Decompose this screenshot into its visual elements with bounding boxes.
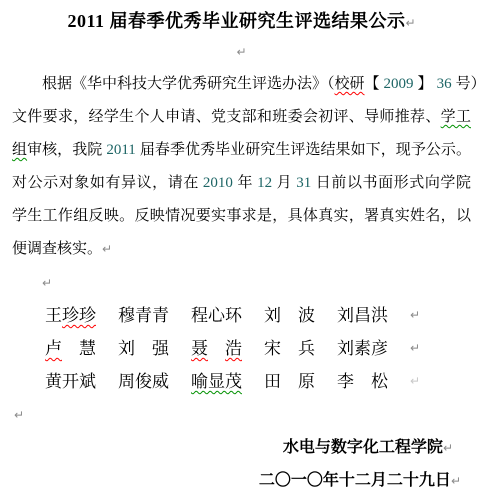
student-name: 王珍珍 (45, 299, 96, 332)
student-name: 穆青青 (118, 299, 169, 332)
student-name: 黄开斌 (45, 365, 96, 398)
student-name: 周俊威 (118, 365, 169, 398)
student-name: 刘 强 (118, 332, 169, 365)
text-run: 届春季优秀毕业研究生评选结果如下，现予公示。 (140, 142, 471, 158)
text-run: 穆青青 (118, 306, 169, 325)
body-line: 组审核，我院2011届春季优秀毕业研究生评选结果如下，现予公示。 (12, 134, 471, 167)
paragraph-mark-icon: ↵ (443, 441, 453, 455)
text-run: 对公示对象如有异议，请在 (12, 175, 199, 191)
paragraph-mark-icon: ↵ (405, 16, 415, 30)
student-name: 刘昌洪 (337, 299, 388, 332)
text-run: 36 (437, 76, 452, 92)
document-title-line: 2011 届春季优秀毕业研究生评选结果公示↵ (12, 8, 471, 36)
paragraph-mark-icon: ↵ (236, 45, 246, 59)
text-run (208, 339, 225, 358)
body-line: 文件要求，经学生个人申请、党支部和班委会初评、导师推荐、学工 (12, 101, 471, 134)
student-name: 喻显茂 (191, 365, 242, 398)
empty-paragraph: ↵ (12, 36, 471, 68)
document-page: 2011 届春季优秀毕业研究生评选结果公示↵ ↵ 根据《华中科技大学优秀研究生评… (0, 0, 483, 495)
student-name: 宋 兵 (264, 332, 315, 365)
text-run: 慧 (62, 339, 96, 358)
body-line: 便调查核实。↵ (12, 233, 471, 266)
text-run: 校研 (335, 76, 365, 92)
student-name: 卢 慧 (45, 332, 96, 365)
text-run: 2009 (384, 76, 414, 92)
signature-text: 水电与数字化工程学院 (283, 439, 443, 456)
text-run: 喻显茂 (191, 372, 242, 391)
text-run: 卢 (45, 339, 62, 358)
text-run: 学工 (441, 109, 471, 125)
text-run: 2011 (106, 142, 135, 158)
text-run: 刘素彦 (337, 339, 388, 358)
text-run: 根据《华中科技大学优秀研究生评选办法》（ (12, 76, 335, 92)
text-run: 日前以书面形式向学院 (315, 175, 471, 191)
text-run: 王 (45, 306, 62, 325)
name-row: 卢 慧刘 强聂 浩宋 兵刘素彦↵ (45, 332, 471, 365)
text-run: 李 松 (337, 372, 388, 391)
text-run: 程心环 (191, 306, 242, 325)
signature-line: 水电与数字化工程学院↵ (12, 431, 471, 464)
empty-paragraph: ↵ (12, 266, 471, 299)
body-line: 学生工作组反映。反映情况要实事求是，具体真实，署真实姓名，以 (12, 200, 471, 233)
text-run: 【 (365, 76, 380, 92)
text-run: 刘 强 (118, 339, 169, 358)
paragraph-mark-icon: ↵ (410, 365, 420, 398)
text-run: 月 (276, 175, 292, 191)
text-run: 聂 (191, 339, 208, 358)
date-text: 二〇一〇年十二月二十九日 (259, 472, 451, 489)
text-run: 黄开斌 (45, 372, 96, 391)
paragraph-mark-icon: ↵ (410, 332, 420, 365)
document-title: 2011 届春季优秀毕业研究生评选结果公示 (67, 11, 405, 31)
text-run: 便调查核实。 (12, 241, 102, 257)
text-run: 珍珍 (62, 306, 96, 325)
text-run: 浩 (225, 339, 242, 358)
student-name: 聂 浩 (191, 332, 242, 365)
text-run: 刘昌洪 (337, 306, 388, 325)
text-run: 号） (456, 76, 483, 92)
paragraph-mark-icon: ↵ (102, 242, 112, 256)
name-row: 黄开斌周俊威喻显茂田 原李 松↵ (45, 365, 471, 398)
body-line: 根据《华中科技大学优秀研究生评选办法》（校研【2009】36号） (12, 68, 471, 101)
student-name: 田 原 (264, 365, 315, 398)
text-run: 31 (296, 175, 311, 191)
text-run: 年 (237, 175, 253, 191)
date-line: 二〇一〇年十二月二十九日↵ (12, 464, 471, 495)
paragraph-mark-icon: ↵ (410, 299, 420, 332)
text-run: 刘 波 (264, 306, 315, 325)
student-name: 李 松 (337, 365, 388, 398)
name-row: 王珍珍穆青青程心环刘 波刘昌洪↵ (45, 299, 471, 332)
student-name: 程心环 (191, 299, 242, 332)
text-run: 文件要求，经学生个人申请、党支部和班委会初评、导师推荐、 (12, 109, 441, 125)
paragraph-mark-icon: ↵ (451, 474, 461, 488)
body-line: 对公示对象如有异议，请在2010年12月31日前以书面形式向学院 (12, 167, 471, 200)
text-run: 周俊威 (118, 372, 169, 391)
paragraph-mark-icon: ↵ (42, 276, 52, 290)
empty-paragraph: ↵ (12, 398, 471, 431)
text-run: 】 (418, 76, 433, 92)
text-run: 学生工作组反映。反映情况要实事求是，具体真实，署真实姓名，以 (12, 208, 471, 224)
student-name: 刘素彦 (337, 332, 388, 365)
student-name: 刘 波 (264, 299, 315, 332)
text-run: 2010 (203, 175, 233, 191)
text-run: 宋 兵 (264, 339, 315, 358)
body-paragraph: 根据《华中科技大学优秀研究生评选办法》（校研【2009】36号）文件要求，经学生… (12, 68, 471, 266)
paragraph-mark-icon: ↵ (14, 408, 24, 422)
text-run: 12 (257, 175, 272, 191)
name-list: 王珍珍穆青青程心环刘 波刘昌洪↵卢 慧刘 强聂 浩宋 兵刘素彦↵黄开斌周俊威喻显… (12, 299, 471, 398)
text-run: 田 原 (264, 372, 315, 391)
text-run: 审核，我院 (27, 142, 102, 158)
text-run: 组 (12, 142, 27, 158)
